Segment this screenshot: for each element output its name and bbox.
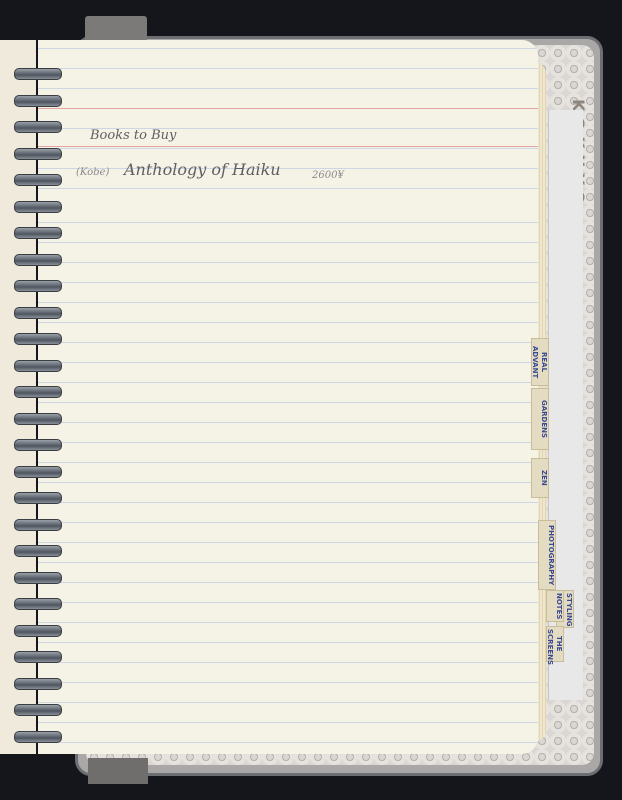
spiral-ring: [14, 439, 62, 451]
entry-title: Anthology of Haiku: [124, 160, 281, 179]
tab-photography[interactable]: PHOTOGRAPHY: [538, 520, 556, 590]
spiral-ring: [14, 307, 62, 319]
spiral-ring: [14, 678, 62, 690]
page-heading: Books to Buy: [90, 128, 176, 143]
spiral-ring: [14, 386, 62, 398]
spiral-ring: [14, 466, 62, 478]
spiral-ring: [14, 492, 62, 504]
tab-real-advant[interactable]: REAL ADVANT: [531, 338, 549, 386]
spiral-ring: [14, 731, 62, 743]
spiral-ring: [14, 227, 62, 239]
spiral-ring: [14, 360, 62, 372]
tab-gardens[interactable]: GARDENS: [531, 388, 549, 450]
spiral-ring: [14, 704, 62, 716]
spiral-ring: [14, 413, 62, 425]
tab-zen[interactable]: ZEN: [531, 458, 549, 498]
spiral-ring: [14, 651, 62, 663]
spiral-ring: [14, 201, 62, 213]
spiral-ring: [14, 572, 62, 584]
entry-price: 2600¥: [312, 170, 344, 181]
spiral-ring: [14, 625, 62, 637]
spiral-ring: [14, 545, 62, 557]
tab-the-screens[interactable]: THE SCREENS: [546, 626, 564, 662]
top-clip: [85, 16, 147, 42]
spiral-ring: [14, 68, 62, 80]
margin-line-bottom: [38, 146, 538, 147]
spiral-ring: [14, 95, 62, 107]
spiral-ring: [14, 519, 62, 531]
notebook-page: [38, 40, 538, 754]
spiral-ring: [14, 598, 62, 610]
entry-prefix: (Kobe): [76, 167, 109, 178]
spiral-ring: [14, 121, 62, 133]
spiral-ring: [14, 254, 62, 266]
margin-line-top: [38, 108, 538, 109]
spiral-ring: [14, 148, 62, 160]
bottom-clip: [88, 758, 148, 784]
spiral-ring: [14, 174, 62, 186]
tab-notes[interactable]: NOTES: [546, 590, 564, 622]
spiral-ring: [14, 333, 62, 345]
spiral-ring: [14, 280, 62, 292]
